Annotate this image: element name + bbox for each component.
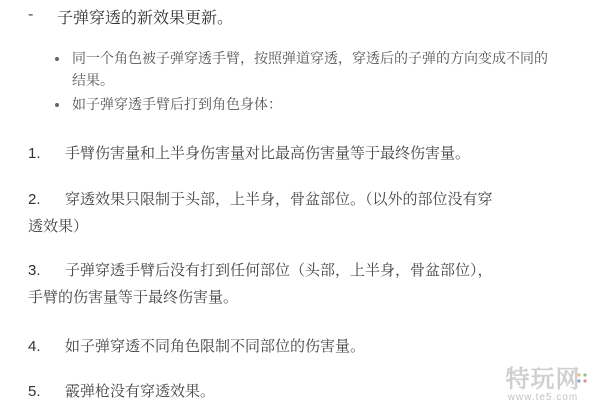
item-text: 子弹穿透手臂后没有打到任何部位（头部，上半身，骨盆部位）， bbox=[65, 261, 493, 279]
bullet-dot-icon bbox=[55, 103, 59, 107]
item-number: 4. bbox=[28, 334, 65, 360]
gamepad-dots-icon bbox=[576, 372, 588, 384]
watermark-url: www.te5.com bbox=[494, 392, 592, 404]
item-text-continued: 透效果） bbox=[28, 217, 88, 235]
dash-marker: - bbox=[28, 5, 33, 23]
numbered-item: 3.子弹穿透手臂后没有打到任何部位（头部，上半身，骨盆部位）， 手臂的伤害量等于… bbox=[28, 257, 588, 310]
item-number: 1. bbox=[28, 141, 65, 167]
numbered-item: 4.如子弹穿透不同角色限制不同部位的伤害量。 bbox=[28, 333, 588, 360]
item-text: 手臂伤害量和上半身伤害量对比最高伤害量等于最终伤害量。 bbox=[65, 144, 470, 162]
bullet-item: 如子弹穿透手臂后打到角色身体： bbox=[55, 94, 575, 116]
heading-text: 子弹穿透的新效果更新。 bbox=[57, 5, 233, 28]
item-text: 霰弹枪没有穿透效果。 bbox=[65, 382, 215, 400]
item-text: 穿透效果只限制于头部，上半身，骨盆部位。（以外的部位没有穿 bbox=[65, 190, 493, 208]
item-number: 3. bbox=[28, 258, 65, 284]
item-text-continued: 手臂的伤害量等于最终伤害量。 bbox=[28, 288, 238, 306]
document-body: - 子弹穿透的新效果更新。 同一个角色被子弹穿透手臂，按照弹道穿透，穿透后的子弹… bbox=[0, 0, 600, 414]
bullet-item: 同一个角色被子弹穿透手臂，按照弹道穿透，穿透后的子弹的方向变成不同的结果。 bbox=[55, 48, 575, 92]
item-number: 2. bbox=[28, 187, 65, 213]
bullet-text: 如子弹穿透手臂后打到角色身体： bbox=[55, 94, 552, 116]
item-number: 5. bbox=[28, 379, 65, 405]
item-text: 如子弹穿透不同角色限制不同部位的伤害量。 bbox=[65, 337, 365, 355]
numbered-item: 1.手臂伤害量和上半身伤害量对比最高伤害量等于最终伤害量。 bbox=[28, 140, 588, 167]
site-watermark: 特玩网 www.te5.com bbox=[494, 366, 592, 406]
numbered-item: 2.穿透效果只限制于头部，上半身，骨盆部位。（以外的部位没有穿 透效果） bbox=[28, 186, 588, 239]
bullet-dot-icon bbox=[55, 57, 59, 61]
bullet-text: 同一个角色被子弹穿透手臂，按照弹道穿透，穿透后的子弹的方向变成不同的结果。 bbox=[55, 48, 552, 92]
